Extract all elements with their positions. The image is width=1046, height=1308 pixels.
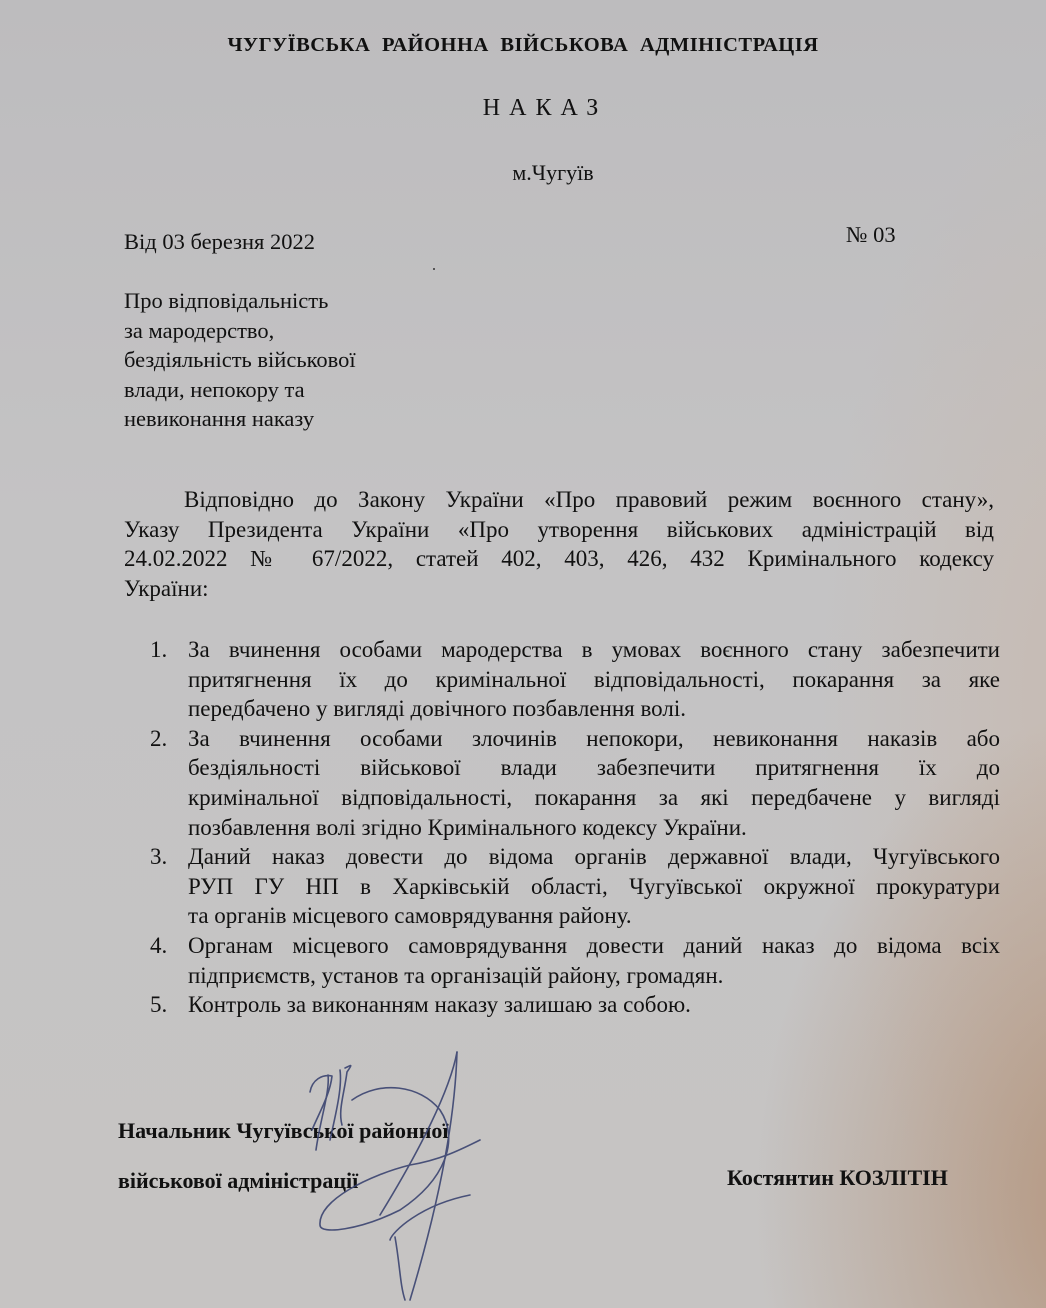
preamble-line: Відповідно до Закону України «Про правов… xyxy=(124,485,994,515)
order-number: 2. xyxy=(150,724,167,754)
signatory-title-line1: Начальник Чугуївської районної xyxy=(118,1118,449,1144)
subject-block: Про відповідальність за мародерство, без… xyxy=(124,286,356,434)
order-line: бездіяльності військової влади забезпечи… xyxy=(188,753,1000,783)
order-line: РУП ГУ НП в Харківській області, Чугуївс… xyxy=(188,872,1000,902)
subject-line: Про відповідальність xyxy=(124,286,356,316)
orders-list: 1. За вчинення особами мародерства в умо… xyxy=(150,635,1000,1020)
document-type-title: НАКАЗ xyxy=(0,95,1046,122)
preamble-paragraph: Відповідно до Закону України «Про правов… xyxy=(124,485,994,603)
signatory-title-line2: військової адміністрації xyxy=(118,1168,358,1194)
order-item-5: 5. Контроль за виконанням наказу залишаю… xyxy=(150,990,1000,1020)
signatory-name: Костянтин КОЗЛІТІН xyxy=(727,1165,948,1191)
order-line: притягнення їх до кримінальної відповіда… xyxy=(188,665,1000,695)
order-line: Органам місцевого самоврядування довести… xyxy=(188,931,1000,961)
order-line: Контроль за виконанням наказу залишаю за… xyxy=(188,990,1000,1020)
subject-line: влади, непокору та xyxy=(124,375,356,405)
subject-line: невиконання наказу xyxy=(124,404,356,434)
order-line: підприємств, установ та організацій райо… xyxy=(188,961,1000,991)
city-label: м.Чугуїв xyxy=(0,160,1046,186)
order-number: 4. xyxy=(150,931,167,961)
order-line: За вчинення особами мародерства в умовах… xyxy=(188,635,1000,665)
order-number: 1. xyxy=(150,635,167,665)
subject-line: бездіяльність військової xyxy=(124,345,356,375)
order-item-4: 4. Органам місцевого самоврядування дове… xyxy=(150,931,1000,990)
order-line: Даний наказ довести до відома органів де… xyxy=(188,842,1000,872)
order-item-1: 1. За вчинення особами мародерства в умо… xyxy=(150,635,1000,724)
document-date: Від 03 березня 2022 xyxy=(124,229,315,255)
preamble-line: 24.02.2022 № 67/2022, статей 402, 403, 4… xyxy=(124,544,994,574)
subject-line: за мародерство, xyxy=(124,316,356,346)
order-line: передбачено у вигляді довічного позбавле… xyxy=(188,694,1000,724)
order-line: За вчинення особами злочинів непокори, н… xyxy=(188,724,1000,754)
document-number: № 03 xyxy=(846,222,896,248)
order-item-3: 3. Даний наказ довести до відома органів… xyxy=(150,842,1000,931)
order-line: кримінальної відповідальності, покарання… xyxy=(188,783,1000,813)
order-line: позбавлення волі згідно Кримінального ко… xyxy=(188,813,1000,843)
paper-speck xyxy=(433,268,435,270)
preamble-line: Указу Президента України «Про утворення … xyxy=(124,515,994,545)
order-number: 3. xyxy=(150,842,167,872)
order-number: 5. xyxy=(150,990,167,1020)
preamble-line: України: xyxy=(124,574,994,604)
order-line: та органів місцевого самоврядування райо… xyxy=(188,901,1000,931)
order-item-2: 2. За вчинення особами злочинів непокори… xyxy=(150,724,1000,842)
organization-header: ЧУГУЇВСЬКА РАЙОННА ВІЙСЬКОВА АДМІНІСТРАЦ… xyxy=(0,34,1046,57)
